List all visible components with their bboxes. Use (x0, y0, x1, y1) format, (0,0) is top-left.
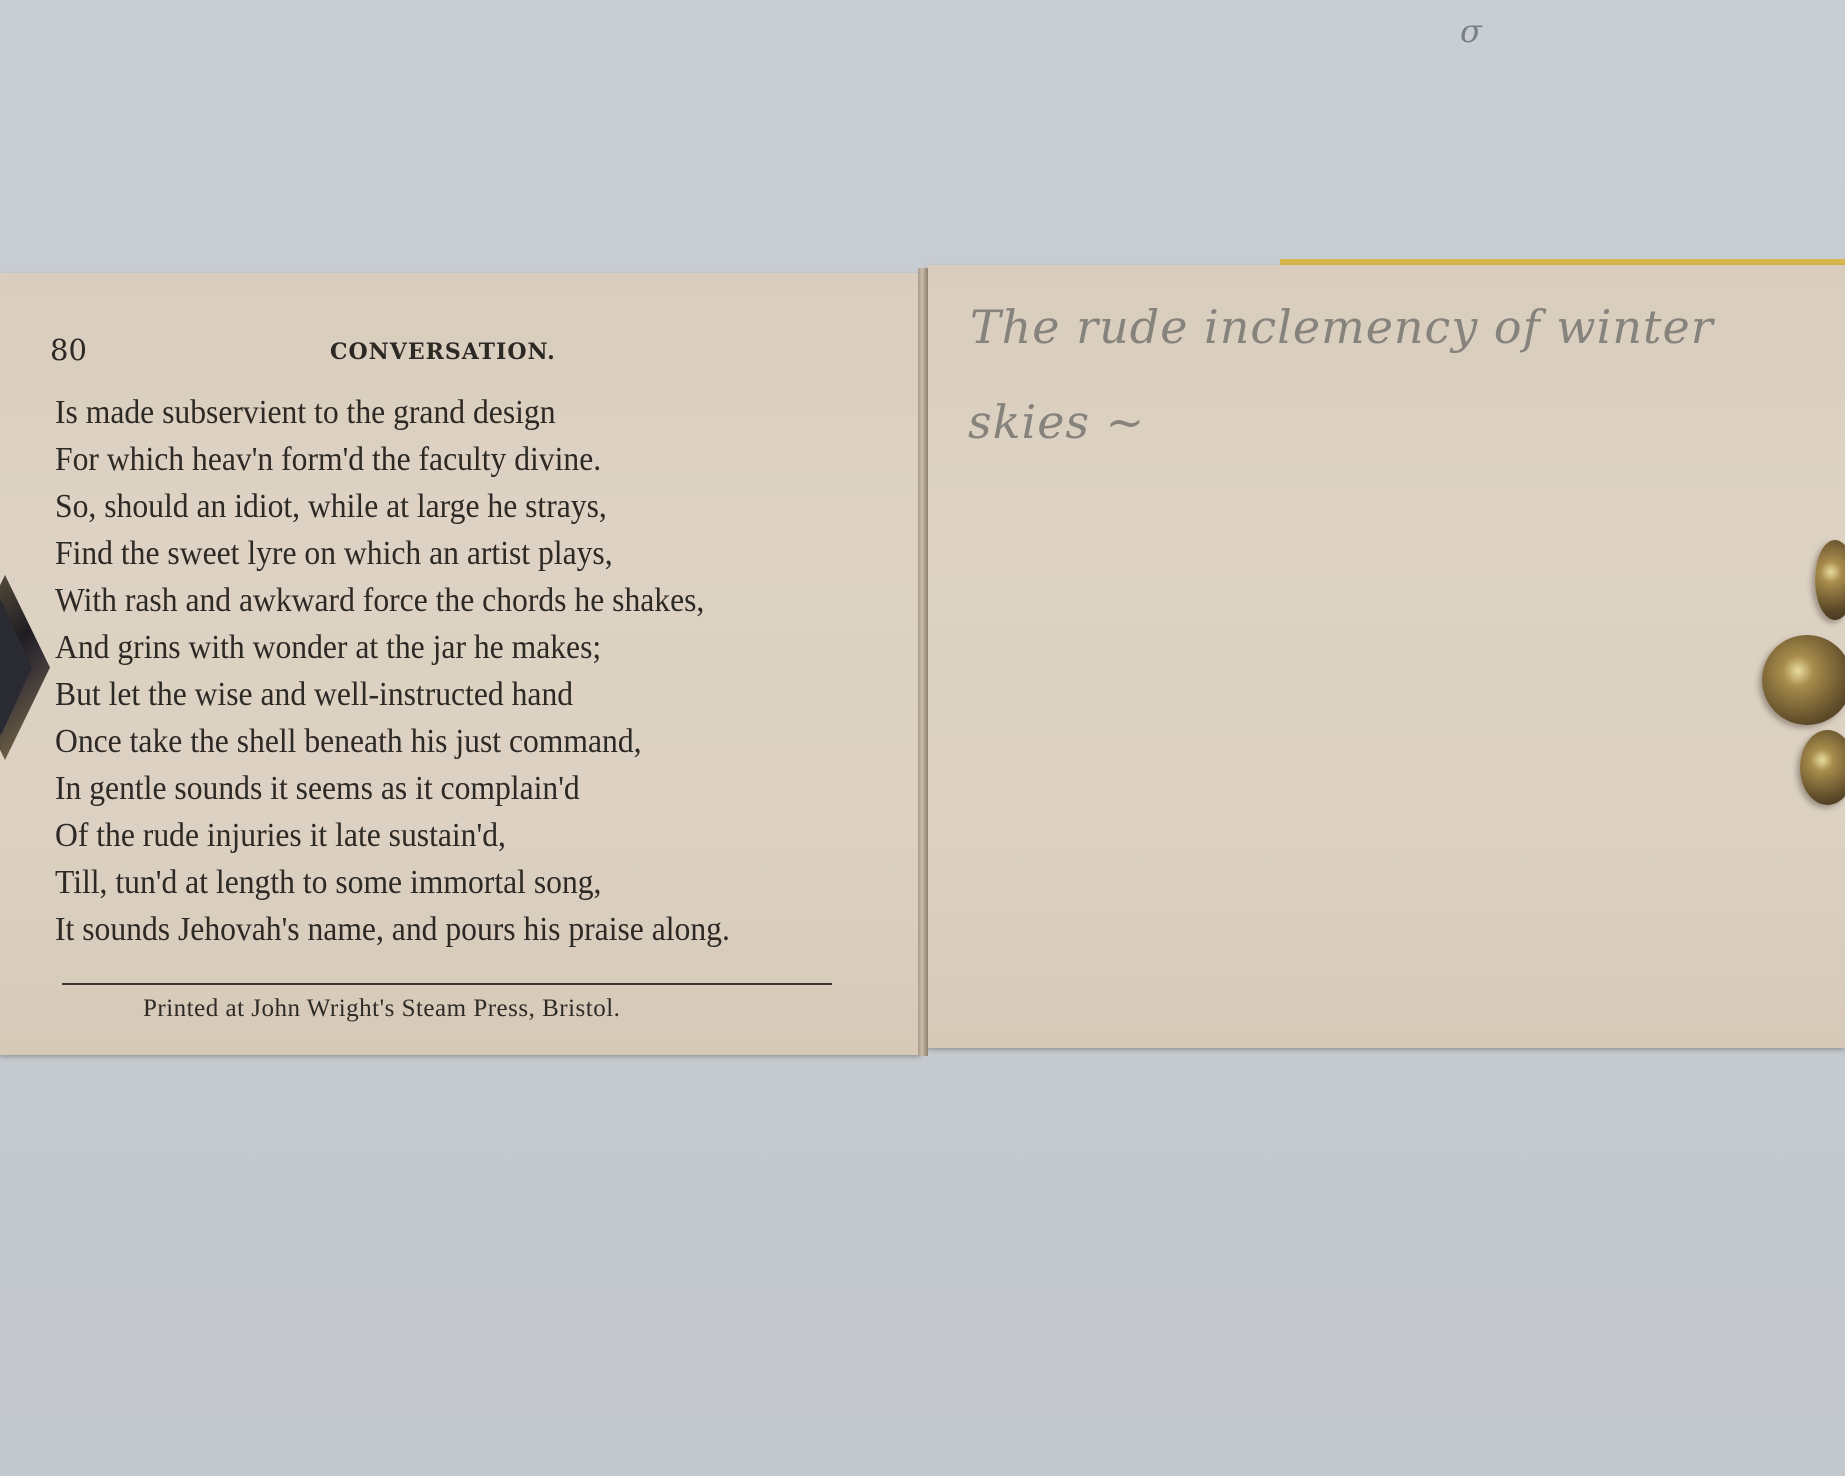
running-head: CONVERSATION. (330, 339, 556, 365)
verse-line: With rash and awkward force the chords h… (55, 577, 730, 624)
page-number: 80 (50, 333, 87, 367)
clasp-bead-icon (1800, 730, 1845, 805)
handwritten-note-line-2: skies ~ (968, 395, 1145, 449)
right-page (927, 265, 1845, 1048)
book-spine (918, 268, 928, 1056)
verse-line: Is made subservient to the grand design (55, 389, 730, 436)
verse-line: For which heav'n form'd the faculty divi… (55, 436, 730, 483)
verse-line: Find the sweet lyre on which an artist p… (55, 530, 730, 577)
verse: Is made subservient to the grand design … (55, 389, 781, 953)
handwritten-note-line-1: The rude inclemency of winter (970, 300, 1714, 354)
clasp-bead-icon (1762, 635, 1845, 725)
verse-line: Once take the shell beneath his just com… (55, 718, 730, 765)
imprint-rule (62, 983, 832, 985)
verse-line: And grins with wonder at the jar he make… (55, 624, 730, 671)
left-page: 80 CONVERSATION. Is made subservient to … (0, 273, 920, 1055)
background-pencil-mark: σ (1460, 12, 1482, 50)
right-clasp-icon (1760, 530, 1845, 810)
verse-line: It sounds Jehovah's name, and pours his … (55, 906, 730, 953)
verse-line: Of the rude injuries it late sustain'd, (55, 812, 730, 859)
verse-line: But let the wise and well-instructed han… (55, 671, 730, 718)
verse-line: In gentle sounds it seems as it complain… (55, 765, 730, 812)
verse-line: So, should an idiot, while at large he s… (55, 483, 730, 530)
clasp-bead-icon (1815, 540, 1845, 620)
printer-imprint: Printed at John Wright's Steam Press, Br… (143, 995, 620, 1023)
verse-line: Till, tun'd at length to some immortal s… (55, 859, 730, 906)
